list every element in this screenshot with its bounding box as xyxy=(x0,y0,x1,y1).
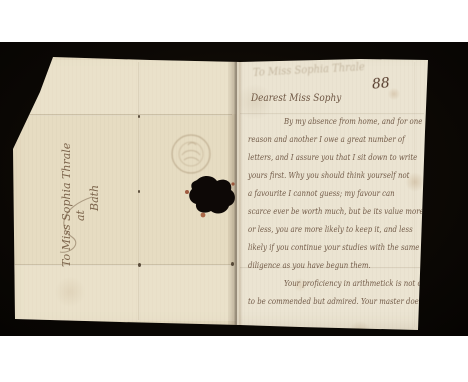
wax-seal xyxy=(183,172,239,218)
fold-panel-bottom xyxy=(14,265,236,321)
salutation: Dearest Miss Sophy xyxy=(251,92,341,104)
crease-dot xyxy=(138,190,140,193)
letter-body-line: By my absence from home, and for one xyxy=(284,113,400,131)
fold-crease xyxy=(14,114,232,116)
postmark-stamp-icon xyxy=(170,133,212,175)
letter-body-line: scarce ever be worth much, but be its va… xyxy=(248,203,394,221)
letter-body-line: reason and another I owe a great number … xyxy=(248,131,394,149)
crease-dot xyxy=(231,262,234,266)
crease-dot xyxy=(138,115,140,118)
letter-paper: To Miss Sophia Thrale at Bath 1914 To Mi… xyxy=(0,42,468,336)
letter-photograph: To Miss Sophia Thrale at Bath 1914 To Mi… xyxy=(0,42,468,336)
letter-body-line: likely if you continue your studies with… xyxy=(248,239,394,257)
fold-crease xyxy=(15,264,232,266)
letter-body-line: to be commended but admired. Your master… xyxy=(248,293,394,311)
letter-body-line: or less, you are more likely to keep it,… xyxy=(248,221,394,239)
ink-number: 88 xyxy=(371,75,390,92)
letter-body-line: diligence as you have begun them. xyxy=(248,257,394,275)
crease-dot xyxy=(138,263,141,267)
letter-body: By my absence from home, and for onereas… xyxy=(248,113,426,311)
letter-body-line: a favourite I cannot guess; my favour ca… xyxy=(248,185,394,203)
address-flourish xyxy=(52,192,102,262)
fold-panel-top xyxy=(14,60,236,114)
letter-body-line: yours first. Why you should think yourse… xyxy=(248,167,394,185)
letter-body-line: letters, and I assure you that I sit dow… xyxy=(248,149,394,167)
pencil-heading: To Miss Sophia Thrale xyxy=(253,60,365,79)
letter-body-line: Your proficiency in arithmetick is not o… xyxy=(284,275,400,293)
